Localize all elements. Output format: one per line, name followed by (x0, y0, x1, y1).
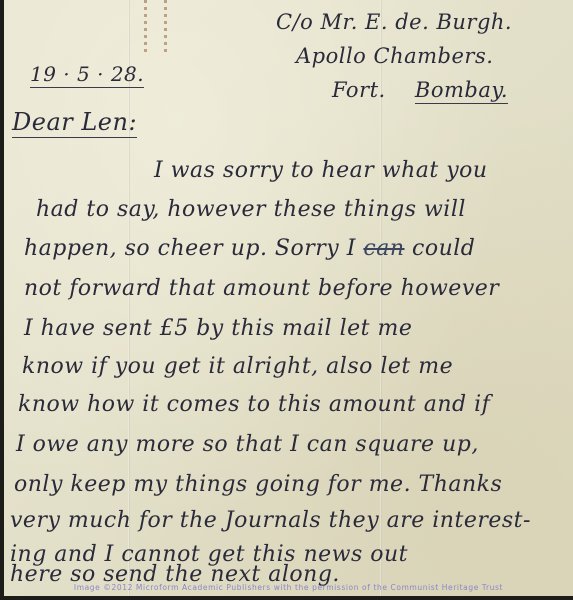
body-line-3: happen, so cheer up. Sorry I can could (24, 236, 475, 261)
address-line-1: C/o Mr. E. de. Burgh. (276, 10, 512, 34)
struck-word: can (363, 236, 404, 261)
body-line-1: I was sorry to hear what you (154, 158, 488, 183)
body-line-6: know if you get it alright, also let me (22, 354, 453, 379)
address-city: Bombay. (415, 78, 508, 104)
body-line-3-end: could (412, 236, 475, 261)
address-fort: Fort. (332, 78, 386, 102)
body-line-9: only keep my things going for me. Thanks (14, 472, 502, 497)
address-line-2: Apollo Chambers. (296, 44, 493, 68)
body-line-2: had to say, however these things will (36, 197, 466, 222)
body-line-8: I owe any more so that I can square up, (16, 432, 479, 457)
salutation: Dear Len: (12, 108, 137, 136)
letter-page: C/o Mr. E. de. Burgh. Apollo Chambers. F… (4, 0, 573, 596)
paper-stain (164, 0, 167, 52)
date-text: 19 · 5 · 28. (30, 62, 144, 88)
body-line-5: I have sent £5 by this mail let me (24, 316, 412, 341)
body-line-3-text: happen, so cheer up. Sorry I (24, 236, 356, 261)
address-line-3: Fort. Bombay. (332, 78, 508, 102)
copyright-credit: Image ©2012 Microform Academic Publisher… (4, 583, 573, 592)
body-line-7: know how it comes to this amount and if (18, 392, 490, 417)
letter-date: 19 · 5 · 28. (30, 62, 144, 86)
salutation-text: Dear Len: (12, 108, 137, 138)
body-line-10: very much for the Journals they are inte… (10, 508, 531, 533)
body-line-4: not forward that amount before however (24, 276, 499, 301)
paper-stain (144, 0, 147, 52)
